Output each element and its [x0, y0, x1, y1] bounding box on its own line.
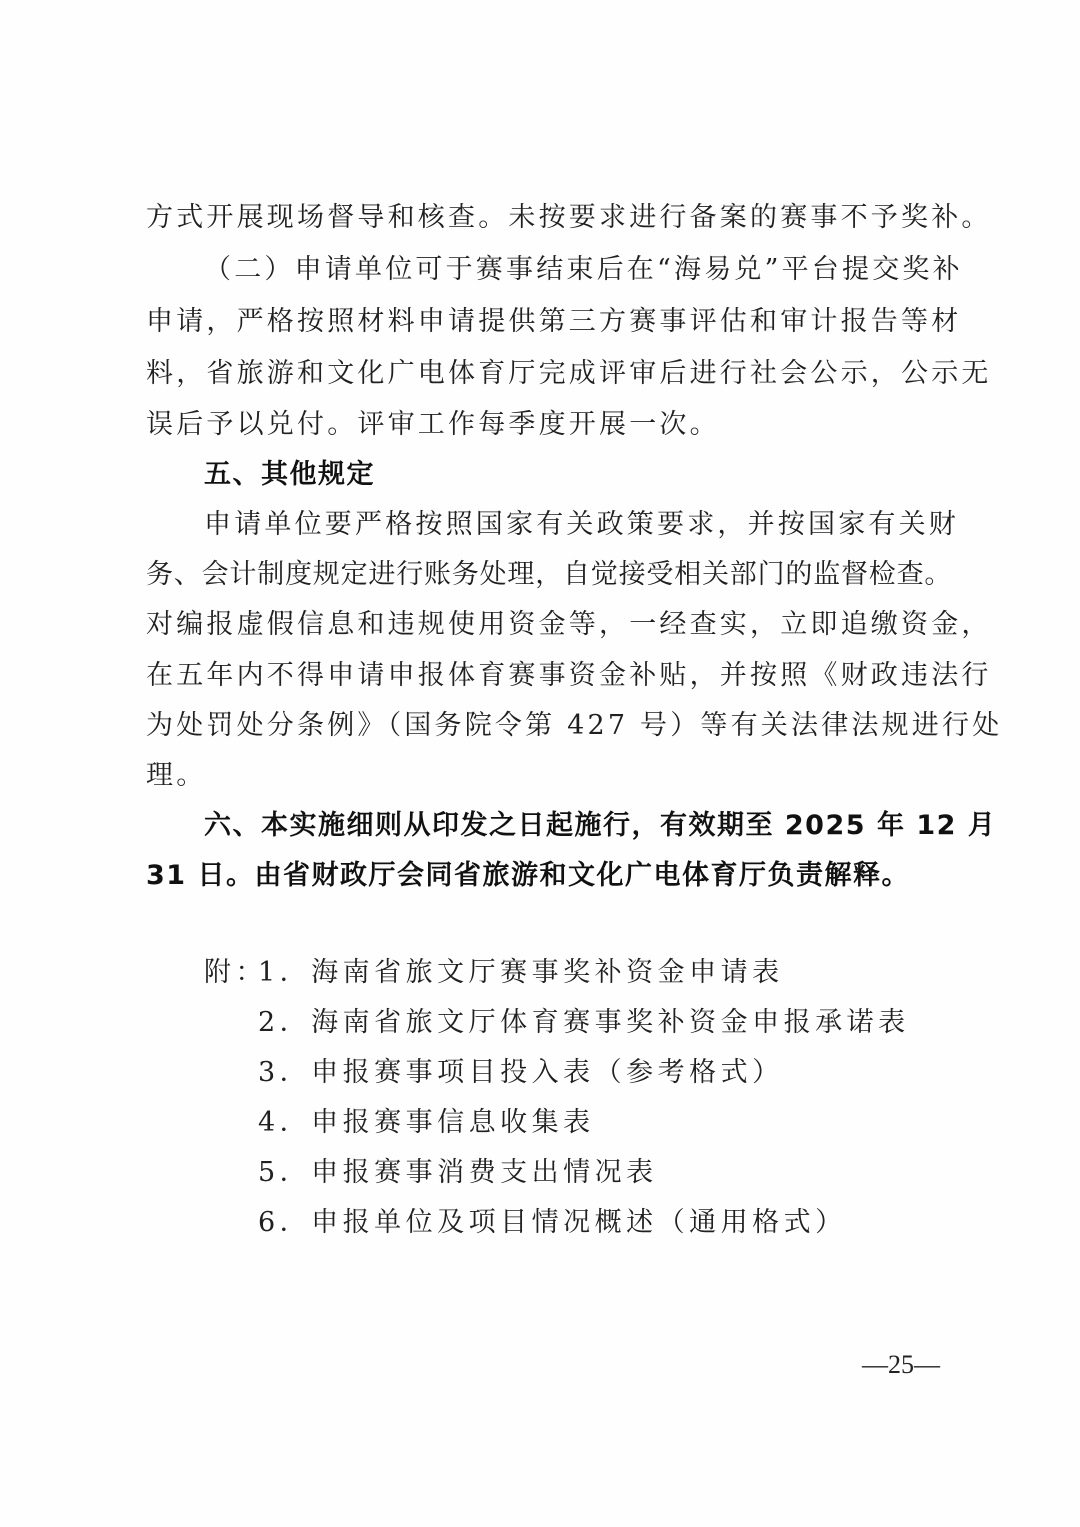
- paragraph-line: 对编报虚假信息和违规使用资金等，一经查实，立即追缴资金，: [146, 605, 946, 645]
- paragraph-line: 务、会计制度规定进行账务处理，自觉接受相关部门的监督检查。: [146, 555, 946, 595]
- section-heading: 五、其他规定: [204, 455, 1004, 495]
- attachment-item: 2．海南省旅文厅体育赛事奖补资金申报承诺表: [258, 1003, 1058, 1043]
- document-page: 方式开展现场督导和核查。未按要求进行备案的赛事不予奖补。 （二）申请单位可于赛事…: [0, 0, 1080, 1527]
- section-6-line: 31 日。由省财政厅会同省旅游和文化广电体育厅负责解释。: [146, 856, 946, 896]
- attachment-item: 4．申报赛事信息收集表: [258, 1103, 1058, 1143]
- attachment-item: 5．申报赛事消费支出情况表: [258, 1153, 1058, 1193]
- attachment-item: 6．申报单位及项目情况概述（通用格式）: [258, 1203, 1058, 1243]
- paragraph-line: 为处罚处分条例》（国务院令第 427 号）等有关法律法规进行处: [146, 706, 946, 746]
- paragraph-line: 理。: [146, 756, 946, 796]
- paragraph-line: 方式开展现场督导和核查。未按要求进行备案的赛事不予奖补。: [146, 198, 946, 238]
- attachment-item: 1．海南省旅文厅赛事奖补资金申请表: [258, 953, 1058, 993]
- page-number: —25—: [862, 1350, 940, 1380]
- paragraph-line: 申请单位要严格按照国家有关政策要求，并按国家有关财: [204, 505, 1004, 545]
- paragraph-line: 误后予以兑付。评审工作每季度开展一次。: [146, 405, 946, 445]
- paragraph-line: （二）申请单位可于赛事结束后在“海易兑”平台提交奖补: [204, 250, 1004, 290]
- paragraph-line: 在五年内不得申请申报体育赛事资金补贴，并按照《财政违法行: [146, 656, 946, 696]
- paragraph-line: 申请，严格按照材料申请提供第三方赛事评估和审计报告等材: [146, 302, 946, 342]
- paragraph-line: 料，省旅游和文化广电体育厅完成评审后进行社会公示，公示无: [146, 354, 946, 394]
- attachment-item: 3．申报赛事项目投入表（参考格式）: [258, 1053, 1058, 1093]
- section-6-line: 六、本实施细则从印发之日起施行，有效期至 2025 年 12 月: [204, 806, 1004, 846]
